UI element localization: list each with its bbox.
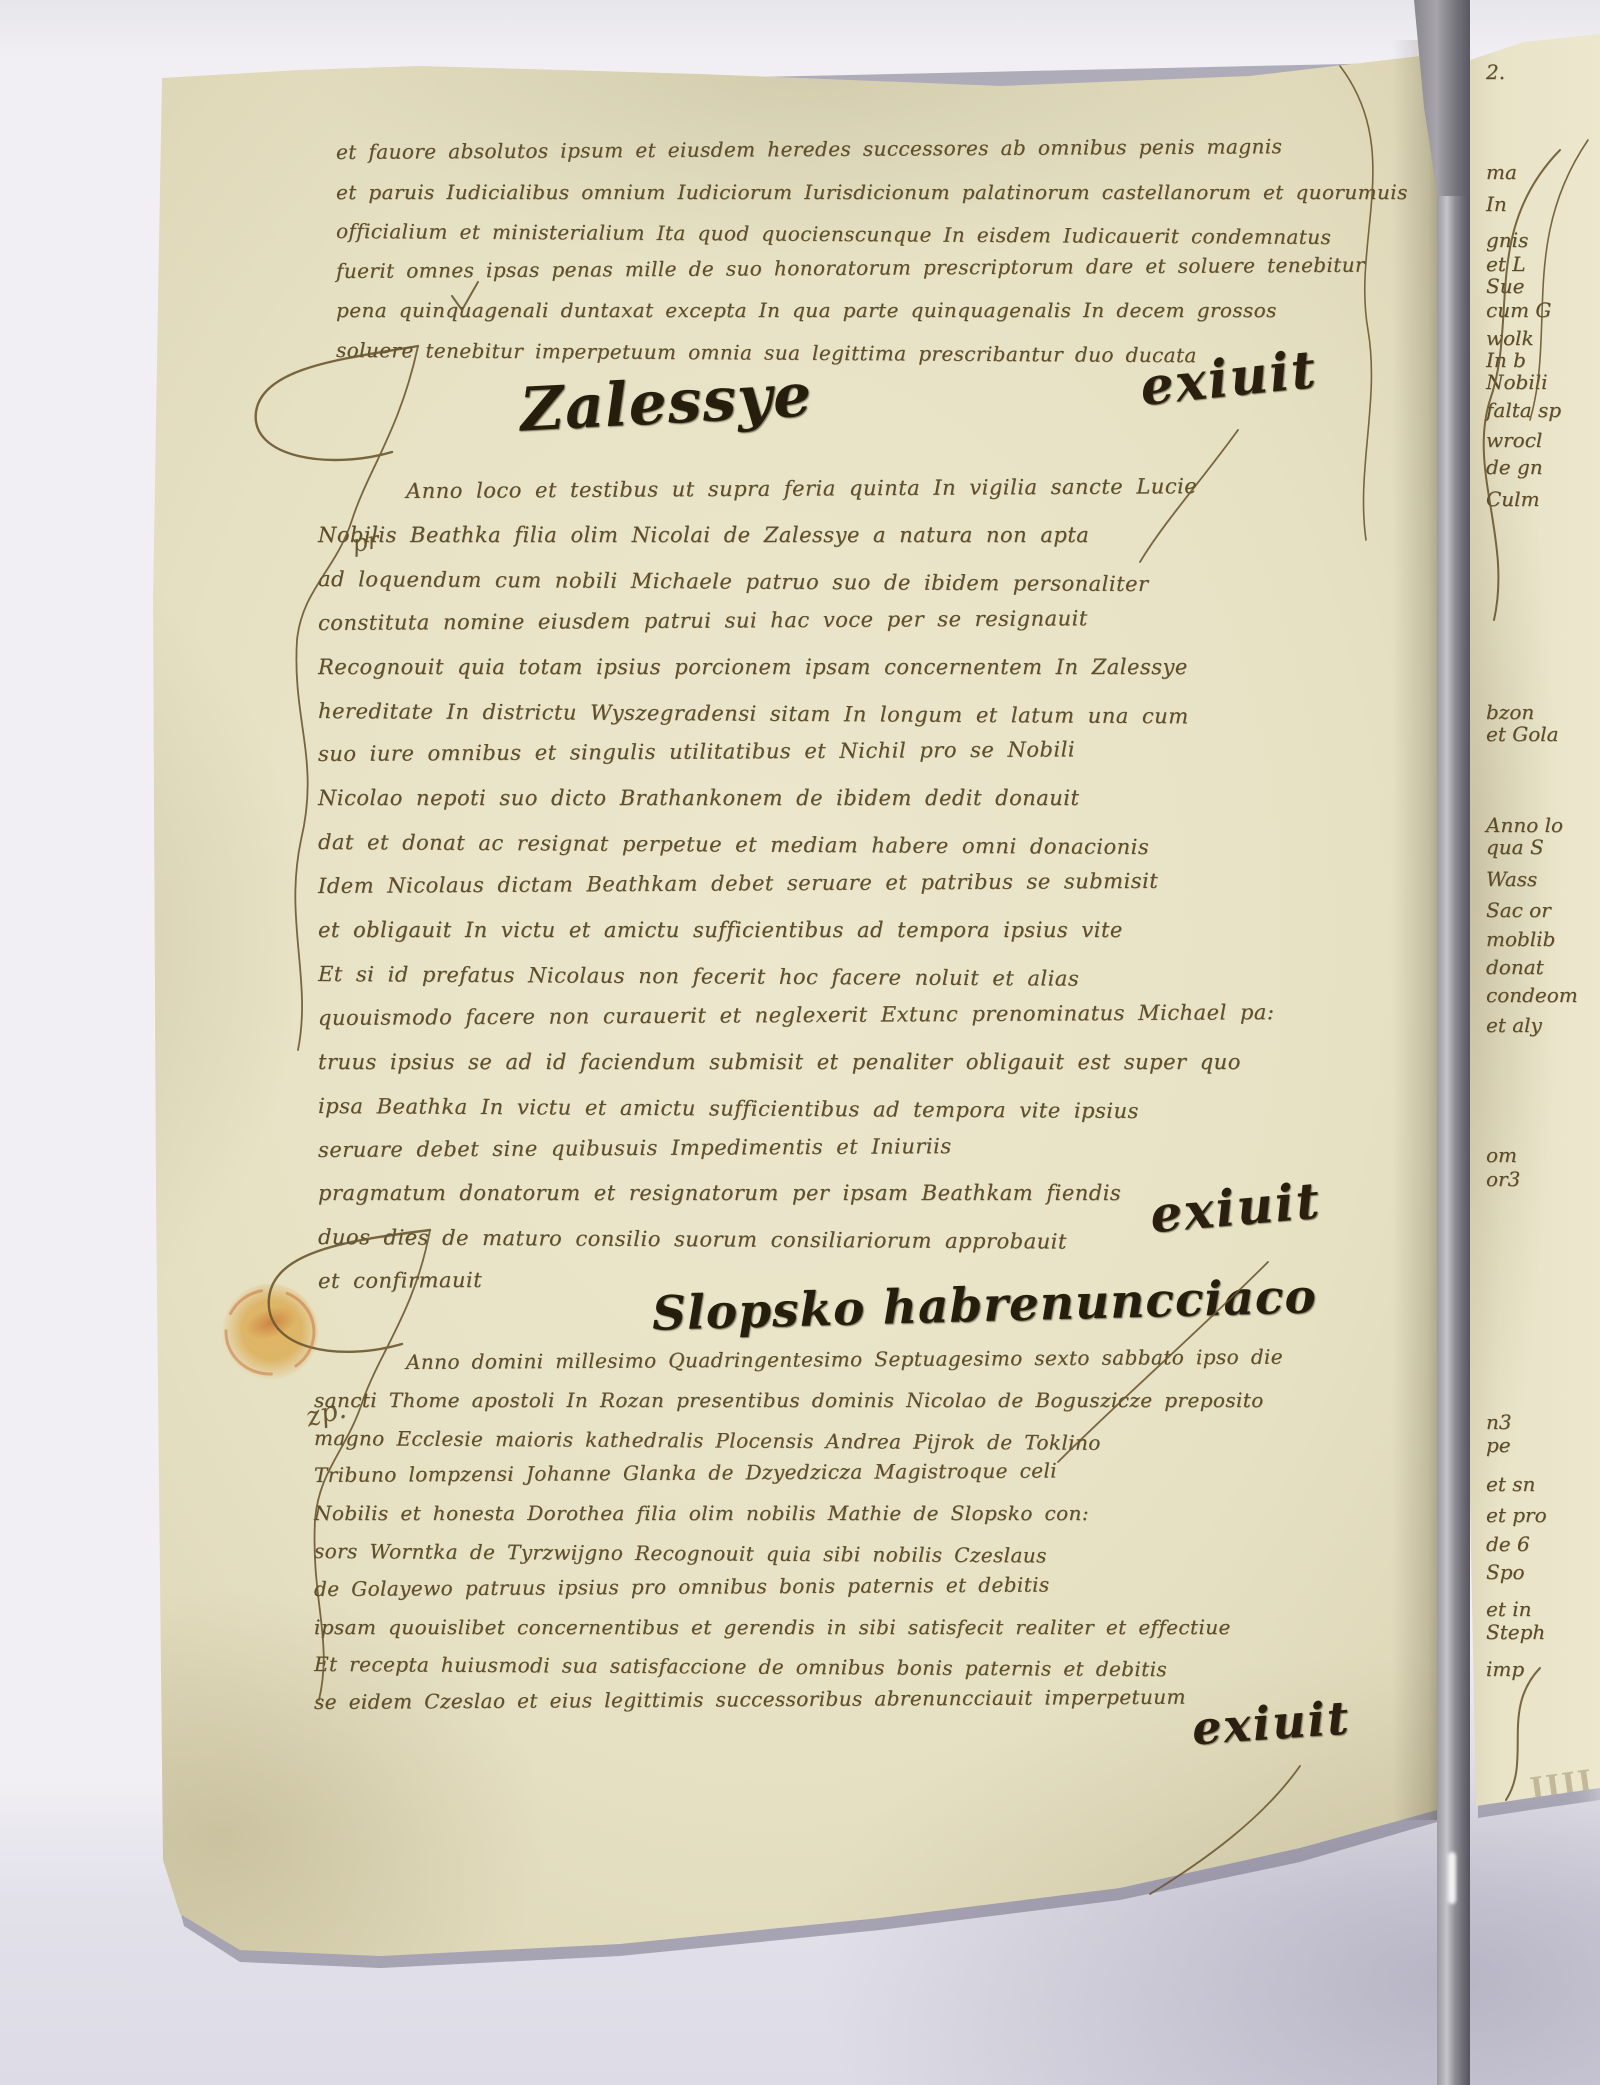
text-line: de Golayewo patruus ipsius pro omnibus b… [314,1573,1050,1601]
right-page-text-fragment: et L [1486,252,1526,276]
text-line: et paruis Iudicialibus omnium Iudiciorum… [336,180,1408,204]
text-line: dat et donat ac resignat perpetue et med… [318,830,1149,859]
right-page-text-fragment: condeom [1486,983,1578,1007]
right-page-text-fragment: In [1486,192,1507,216]
text-line: magno Ecclesie maioris kathedralis Ploce… [314,1426,1101,1455]
right-page-text-fragment: Nobili [1486,370,1548,394]
text-line: truus ipsius se ad id faciendum submisit… [318,1050,1241,1074]
text-line: Nobilis et honesta Dorothea filia olim n… [314,1501,1089,1525]
right-page-text-fragment: n3 [1486,1410,1512,1434]
text-line: sors Worntka de Tyrzwijgno Recognouit qu… [314,1539,1047,1567]
text-line: Anno loco et testibus ut supra feria qui… [406,474,1197,503]
right-page-text-fragment: et Gola [1486,722,1559,746]
text-line: Idem Nicolaus dictam Beathkam debet seru… [318,869,1158,898]
text-line: Tribuno lompzensi Johanne Glanka de Dzye… [314,1458,1057,1487]
right-page-text-fragment: gnis [1486,228,1528,252]
text-line: constituta nomine eiusdem patrui sui hac… [318,606,1088,635]
text-line: et confirmauit [318,1268,482,1293]
right-page-text-fragment: Sac or [1486,898,1551,922]
entry-heading-zalessye: Zalessye [518,360,814,445]
text-line: Et si id prefatus Nicolaus non fecerit h… [318,962,1079,991]
right-page-text-fragment: moblib [1486,927,1555,951]
right-page-text-fragment: Anno lo [1486,813,1563,837]
right-page-text-fragment: et in [1486,1597,1532,1621]
entry-heading-slopsko: Slopsko habrenuncciaco [651,1269,1317,1341]
text-line: Anno domini millesimo Quadringentesimo S… [406,1345,1283,1374]
text-line: et fauore absolutos ipsum et eiusdem her… [336,134,1282,164]
text-line: pragmatum donatorum et resignatorum per … [318,1181,1121,1205]
text-line: pena quinquagenali duntaxat excepta In q… [336,298,1277,322]
text-line: ipsa Beathka In victu et amictu sufficie… [318,1094,1139,1123]
text-line: Et recepta huiusmodi sua satisfaccione d… [314,1652,1167,1681]
right-page-text-fragment: ma [1486,160,1517,184]
book-cradle-bar [1437,0,1470,2085]
text-line: hereditate In districtu Wyszegradensi si… [318,699,1189,728]
gutter-shadow [1392,40,1437,1820]
right-page-text-fragment: Steph [1486,1620,1545,1644]
right-page-text-fragment: or3 [1486,1167,1520,1191]
right-page-text-fragment: om [1486,1143,1517,1167]
right-page-text-fragment: cum G [1486,298,1551,322]
text-line: fuerit omnes ipsas penas mille de suo ho… [336,253,1365,283]
manuscript-photograph: 2.maIngniset LSuecum GwolkIn bNobilifalt… [0,0,1600,2085]
right-page-text-fragment: et aly [1486,1013,1542,1037]
exit-note-bottom: exiuit [1190,1691,1352,1756]
right-page-text-fragment: 2. [1486,60,1505,84]
text-line: Recognouit quia totam ipsius porcionem i… [318,655,1188,679]
right-page-text-fragment: wolk [1486,326,1534,350]
right-page-text-fragment: bzon [1486,700,1534,724]
text-line: Nobilis Beathka filia olim Nicolai de Za… [318,523,1089,547]
text-line: seruare debet sine quibusuis Impedimenti… [318,1134,952,1162]
right-page-text-fragment: imp [1486,1657,1524,1681]
right-page-text-fragment: pe [1486,1433,1511,1457]
exit-note-middle: exiuit [1148,1171,1324,1245]
text-line: suo iure omnibus et singulis utilitatibu… [318,737,1075,766]
text-line: ad loquendum cum nobili Michaele patruo … [318,567,1149,596]
right-page-text-fragment: qua S [1486,835,1544,859]
text-line: duos dies de maturo consilio suorum cons… [318,1225,1067,1254]
right-page-text-fragment: falta sp [1486,398,1561,422]
text-line: sancti Thome apostoli In Rozan presentib… [314,1388,1264,1412]
right-page-text-fragment: de gn [1486,455,1543,479]
right-page-text-fragment: Wass [1486,867,1537,891]
text-line: soluere tenebitur imperpetuum omnia sua … [336,338,1197,367]
text-line: Nicolao nepoti suo dicto Brathankonem de… [318,786,1079,810]
right-page-text-fragment: Spo [1486,1560,1525,1584]
right-page-text-fragment: In b [1486,348,1526,372]
right-page-text-fragment: Sue [1486,274,1524,298]
right-page-text-fragment: Culm [1486,487,1540,511]
text-line: ipsam quouislibet concernentibus et gere… [314,1615,1231,1639]
text-line: et obligauit In victu et amictu sufficie… [318,918,1123,942]
right-page-text-fragment: et pro [1486,1503,1547,1527]
cradle-bar-highlight [1448,1852,1456,1904]
right-page-text-fragment: de 6 [1486,1532,1530,1556]
right-page-text-fragment: et sn [1486,1472,1535,1496]
manuscript-left-page: exiuit Zalessye exiuit Slopsko habrenunc… [0,0,1600,2085]
right-page-text-fragment: donat [1486,955,1544,979]
text-line: officialium et ministerialium Ita quod q… [336,219,1331,249]
text-line: quouismodo facere non curauerit et negle… [318,1000,1275,1030]
right-page-text-fragment: wrocl [1486,428,1542,452]
text-line: se eidem Czeslao et eius legittimis succ… [314,1685,1186,1714]
